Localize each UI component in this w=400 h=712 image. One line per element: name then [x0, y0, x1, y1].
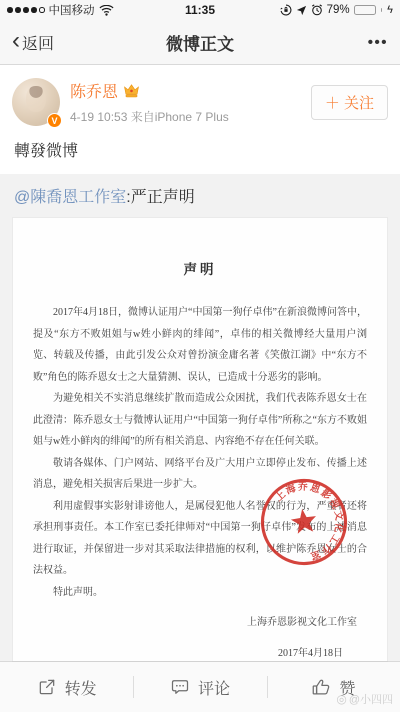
company-seal-stamp: 上海乔恩影视文化工作室 — [251, 469, 357, 575]
statement-date: 2017年4月18日 — [13, 642, 387, 661]
signal-strength-icon — [7, 7, 45, 13]
statement-title: 声明 — [13, 218, 387, 278]
battery-percent-label: 79% — [327, 4, 350, 16]
back-button[interactable]: ‹ 返回 — [12, 31, 54, 54]
comment-icon — [170, 677, 190, 697]
comment-label: 评论 — [198, 676, 230, 699]
author-name[interactable]: 陈乔恩 — [70, 79, 118, 102]
more-button[interactable]: ••• — [368, 34, 388, 51]
rotation-lock-icon — [280, 4, 292, 16]
repost-label: 转发 — [65, 676, 97, 699]
action-toolbar: 转发 评论 赞 — [0, 661, 400, 712]
post-header: V 陈乔恩 4-19 10:53 来自iPhone 7 Plus ＋ 关注 — [0, 65, 400, 135]
statement-image[interactable]: 声明 2017年4月18日，微博认证用户“中国第一狗仔卓伟”在新浪微博问答中，提… — [13, 218, 387, 661]
statement-signature: 上海乔恩影视文化工作室 — [13, 611, 387, 634]
statement-paragraph: 2017年4月18日，微博认证用户“中国第一狗仔卓伟”在新浪微博问答中，提及“东… — [33, 302, 367, 388]
avatar[interactable]: V — [12, 78, 60, 126]
alarm-icon — [311, 4, 323, 16]
quoted-post-title: 严正声明 — [131, 189, 195, 206]
vip-crown-icon — [123, 83, 140, 98]
wifi-icon — [99, 5, 114, 16]
statement-closing: 特此声明。 — [33, 582, 367, 604]
like-label: 赞 — [339, 676, 355, 699]
quoted-post: @陳喬恩工作室:严正声明 声明 2017年4月18日，微博认证用户“中国第一狗仔… — [0, 174, 400, 661]
like-button[interactable]: 赞 — [267, 662, 400, 712]
back-chevron-icon: ‹ — [12, 29, 20, 53]
quoted-user-link[interactable]: @陳喬恩工作室 — [14, 189, 126, 206]
repost-icon — [37, 677, 57, 697]
carrier-label: 中国移动 — [49, 2, 95, 18]
nav-bar: ‹ 返回 微博正文 ••• — [0, 20, 400, 65]
back-label: 返回 — [22, 31, 54, 54]
post-meta: 4-19 10:53 来自iPhone 7 Plus — [70, 108, 229, 125]
battery-icon — [354, 5, 376, 15]
comment-button[interactable]: 评论 — [133, 662, 266, 712]
page-title: 微博正文 — [0, 30, 400, 55]
post-body-text: 轉發微博 — [0, 135, 400, 174]
status-bar: 中国移动 11:35 — [0, 0, 400, 20]
quoted-post-headline: @陳喬恩工作室:严正声明 — [0, 174, 400, 216]
verified-badge-icon: V — [47, 113, 62, 128]
repost-button[interactable]: 转发 — [0, 662, 133, 712]
charging-icon: ϟ — [387, 4, 393, 16]
location-icon — [296, 5, 307, 16]
statement-paragraph: 为避免相关不实消息继续扩散而造成公众困扰，我们代表陈乔恩女士在此澄清：陈乔恩女士… — [33, 388, 367, 453]
battery-cap — [381, 8, 383, 12]
like-icon — [311, 677, 331, 697]
follow-button[interactable]: ＋ 关注 — [311, 85, 388, 120]
